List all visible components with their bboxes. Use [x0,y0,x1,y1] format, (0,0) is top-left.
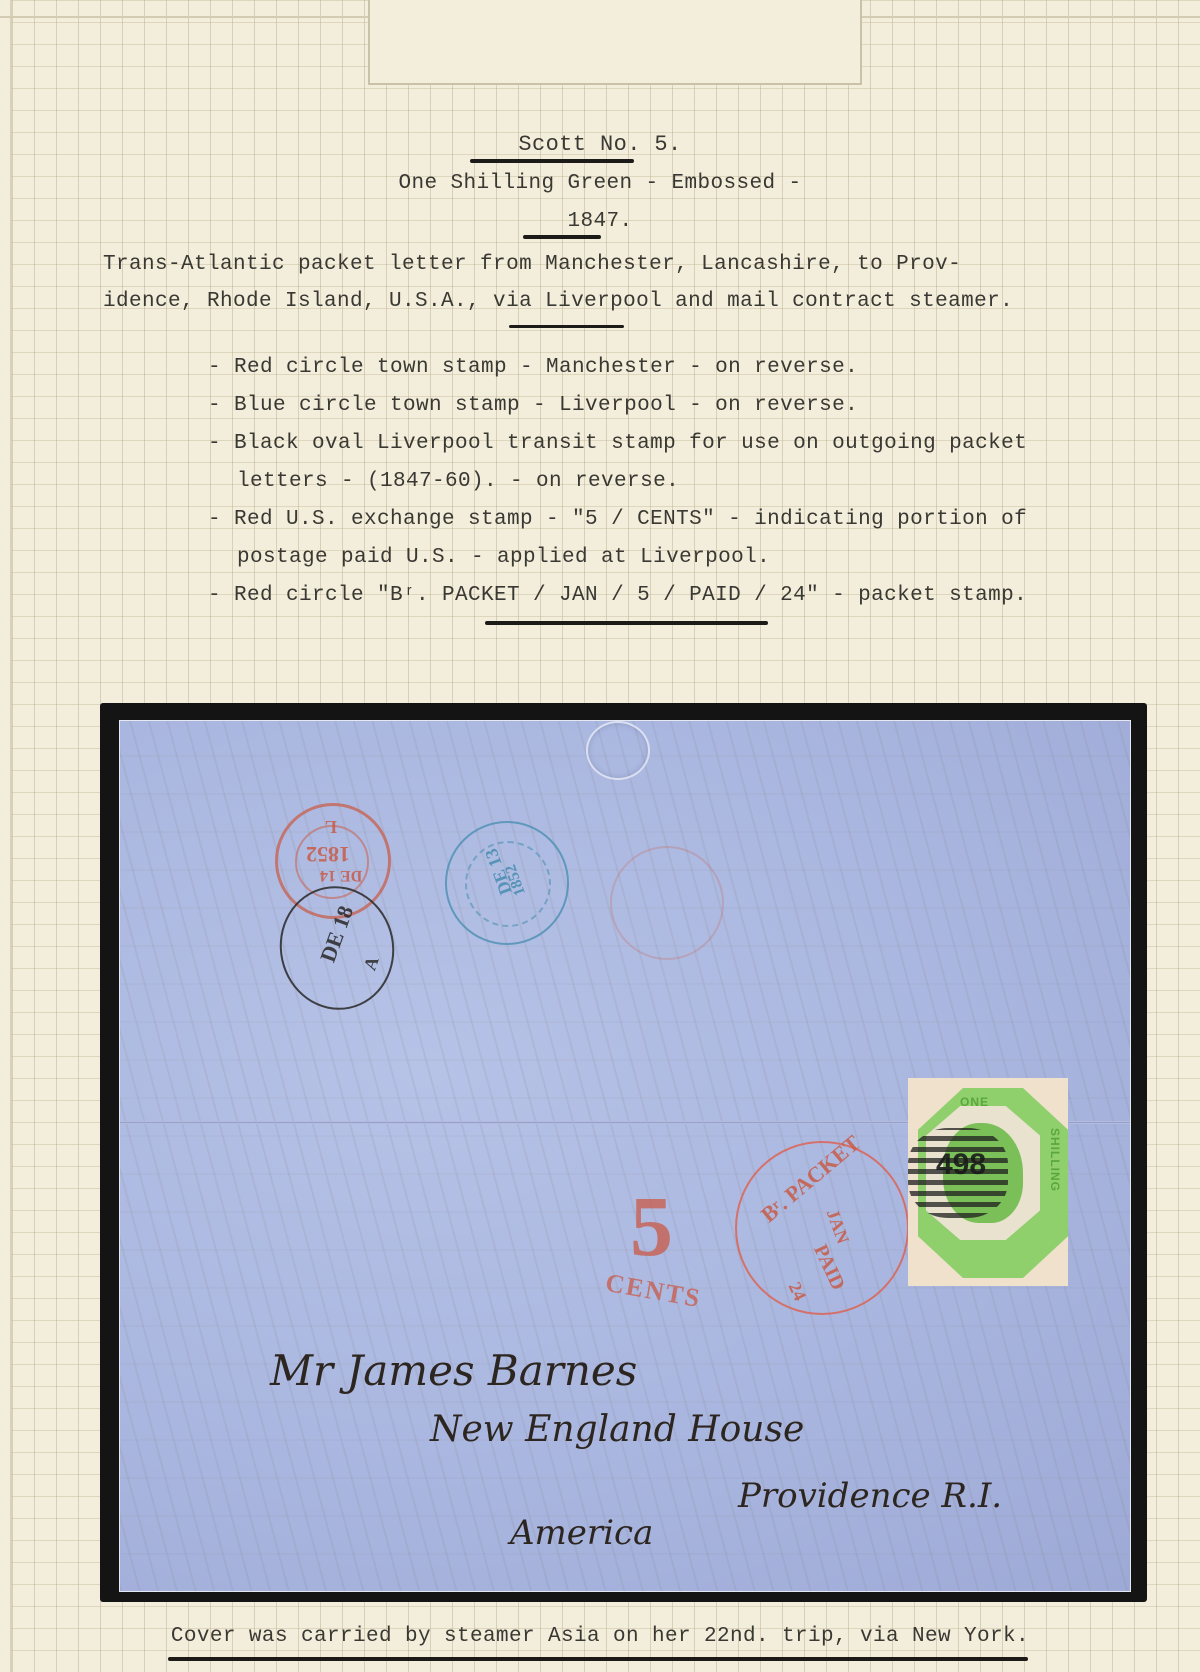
divider [858,16,1200,18]
divider [0,16,368,18]
note-item: - Red circle town stamp - Manchester - o… [208,356,858,379]
description-underline [509,325,624,328]
page-subtitle: One Shilling Green - Embossed - [0,172,1200,195]
faint-postmark [610,846,724,960]
exchange-stamp-value: 5 [630,1176,673,1276]
description-line: Trans-Atlantic packet letter from Manche… [103,253,961,276]
one-shilling-embossed-stamp: ONE SHILLING 498 [908,1078,1068,1286]
manchester-postmark-code: L [325,816,337,837]
postal-cover: 1852 DE 14 L DE 18 A DE 13 1852 5 CENTS … [119,720,1131,1592]
manchester-postmark-year: 1852 [306,841,350,867]
stamp-label-side: SHILLING [1048,1128,1062,1192]
wax-seal-impression [586,721,650,780]
page-title: Scott No. 5. [0,132,1200,157]
note-item: - Black oval Liverpool transit stamp for… [208,432,1027,455]
notes-underline [485,621,768,625]
note-item: - Red circle "Bʳ. PACKET / JAN / 5 / PAI… [208,584,1027,607]
cancel-number: 498 [936,1148,986,1182]
address-name: Mr James Barnes [270,1346,637,1395]
note-item: - Blue circle town stamp - Liverpool - o… [208,394,858,417]
address-city: Providence R.I. [738,1476,1002,1516]
description-line: idence, Rhode Island, U.S.A., via Liverp… [103,290,1013,313]
address-house: New England House [430,1409,804,1450]
note-item-continued: letters - (1847-60). - on reverse. [237,470,679,493]
page-year: 1847. [0,210,1200,233]
header-blank-area [368,0,862,85]
address-country: America [510,1513,653,1553]
note-item: - Red U.S. exchange stamp - "5 / CENTS" … [208,508,1027,531]
year-underline [523,235,601,239]
note-item-continued: postage paid U.S. - applied at Liverpool… [237,546,770,569]
footer-note: Cover was carried by steamer Asia on her… [0,1625,1200,1648]
title-underline [470,159,634,163]
manchester-postmark-date: DE 14 [320,866,362,884]
page-edge [10,0,12,1672]
exchange-stamp-unit: CENTS [603,1268,703,1314]
stamp-label-top: ONE [960,1095,989,1109]
footer-underline [168,1657,1028,1661]
